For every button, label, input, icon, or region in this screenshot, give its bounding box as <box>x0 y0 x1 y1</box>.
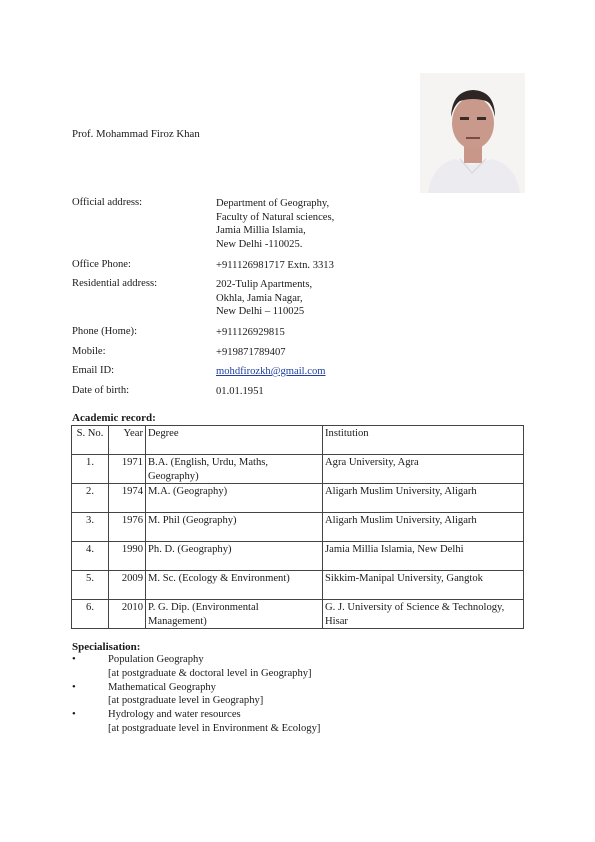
residential-address-label: Residential address: <box>72 278 157 289</box>
column-header-degree: Degree <box>146 426 323 455</box>
list-item: •Hydrology and water resources[at postgr… <box>72 708 492 736</box>
cell-degree: M. Sc. (Ecology & Environment) <box>146 571 323 600</box>
address-line: 202-Tulip Apartments, <box>216 278 312 292</box>
cell-sno: 6. <box>72 600 109 629</box>
cell-year: 1974 <box>109 484 146 513</box>
email-label: Email ID: <box>72 365 114 376</box>
column-header-sno: S. No. <box>72 426 109 455</box>
residential-address-value: 202-Tulip Apartments, Okhla, Jamia Nagar… <box>216 278 312 319</box>
table-row: 5.2009M. Sc. (Ecology & Environment)Sikk… <box>72 571 524 600</box>
specialisation-note: [at postgraduate level in Geography] <box>108 694 492 708</box>
address-line: New Delhi -110025. <box>216 238 334 252</box>
cell-degree: M. Phil (Geography) <box>146 513 323 542</box>
cell-institution: G. J. University of Science & Technology… <box>323 600 524 629</box>
cell-degree: M.A. (Geography) <box>146 484 323 513</box>
cell-degree: B.A. (English, Urdu, Maths, Geography) <box>146 455 323 484</box>
table-row: 4.1990Ph. D. (Geography)Jamia Millia Isl… <box>72 542 524 571</box>
cell-year: 2010 <box>109 600 146 629</box>
cell-institution: Agra University, Agra <box>323 455 524 484</box>
cell-sno: 3. <box>72 513 109 542</box>
phone-home-value: +911126929815 <box>216 326 285 340</box>
address-line: Okhla, Jamia Nagar, <box>216 292 312 306</box>
cell-institution: Aligarh Muslim University, Aligarh <box>323 484 524 513</box>
bullet-icon: • <box>72 653 76 667</box>
cell-degree: Ph. D. (Geography) <box>146 542 323 571</box>
column-header-institution: Institution <box>323 426 524 455</box>
mobile-label: Mobile: <box>72 346 106 357</box>
bullet-icon: • <box>72 708 76 722</box>
cell-sno: 4. <box>72 542 109 571</box>
address-line: Department of Geography, <box>216 197 334 211</box>
column-header-year: Year <box>109 426 146 455</box>
cell-year: 1990 <box>109 542 146 571</box>
academic-record-heading: Academic record: <box>72 412 156 424</box>
specialisation-list: •Population Geography[at postgraduate & … <box>72 653 492 736</box>
cell-year: 2009 <box>109 571 146 600</box>
address-line: Jamia Millia Islamia, <box>216 224 334 238</box>
specialisation-title: Hydrology and water resources <box>108 708 492 722</box>
table-row: 6.2010P. G. Dip. (Environmental Manageme… <box>72 600 524 629</box>
cell-institution: Sikkim-Manipal University, Gangtok <box>323 571 524 600</box>
table-row: 2.1974M.A. (Geography)Aligarh Muslim Uni… <box>72 484 524 513</box>
bullet-icon: • <box>72 681 76 695</box>
address-line: New Delhi – 110025 <box>216 305 312 319</box>
table-row: 3.1976M. Phil (Geography)Aligarh Muslim … <box>72 513 524 542</box>
portrait-photo <box>420 73 525 193</box>
specialisation-note: [at postgraduate & doctoral level in Geo… <box>108 667 492 681</box>
office-phone-value: +911126981717 Extn. 3313 <box>216 259 334 273</box>
dob-label: Date of birth: <box>72 385 129 396</box>
official-address-label: Official address: <box>72 197 142 208</box>
table-header-row: S. No. Year Degree Institution <box>72 426 524 455</box>
official-address-value: Department of Geography, Faculty of Natu… <box>216 197 334 251</box>
address-line: Faculty of Natural sciences, <box>216 211 334 225</box>
specialisation-note: [at postgraduate level in Environment & … <box>108 722 492 736</box>
table-row: 1.1971B.A. (English, Urdu, Maths, Geogra… <box>72 455 524 484</box>
email-link[interactable]: mohdfirozkh@gmail.com <box>216 365 326 379</box>
cell-sno: 1. <box>72 455 109 484</box>
phone-home-label: Phone (Home): <box>72 326 137 337</box>
cell-year: 1971 <box>109 455 146 484</box>
office-phone-label: Office Phone: <box>72 259 131 270</box>
academic-record-table: S. No. Year Degree Institution 1.1971B.A… <box>71 425 524 629</box>
mobile-value: +919871789407 <box>216 346 286 360</box>
specialisation-heading: Specialisation: <box>72 641 140 653</box>
dob-value: 01.01.1951 <box>216 385 264 399</box>
cell-institution: Jamia Millia Islamia, New Delhi <box>323 542 524 571</box>
cell-sno: 5. <box>72 571 109 600</box>
cell-sno: 2. <box>72 484 109 513</box>
cell-year: 1976 <box>109 513 146 542</box>
specialisation-title: Mathematical Geography <box>108 681 492 695</box>
person-name: Prof. Mohammad Firoz Khan <box>72 128 200 140</box>
cell-degree: P. G. Dip. (Environmental Management) <box>146 600 323 629</box>
list-item: •Mathematical Geography[at postgraduate … <box>72 681 492 709</box>
specialisation-title: Population Geography <box>108 653 492 667</box>
cell-institution: Aligarh Muslim University, Aligarh <box>323 513 524 542</box>
list-item: •Population Geography[at postgraduate & … <box>72 653 492 681</box>
